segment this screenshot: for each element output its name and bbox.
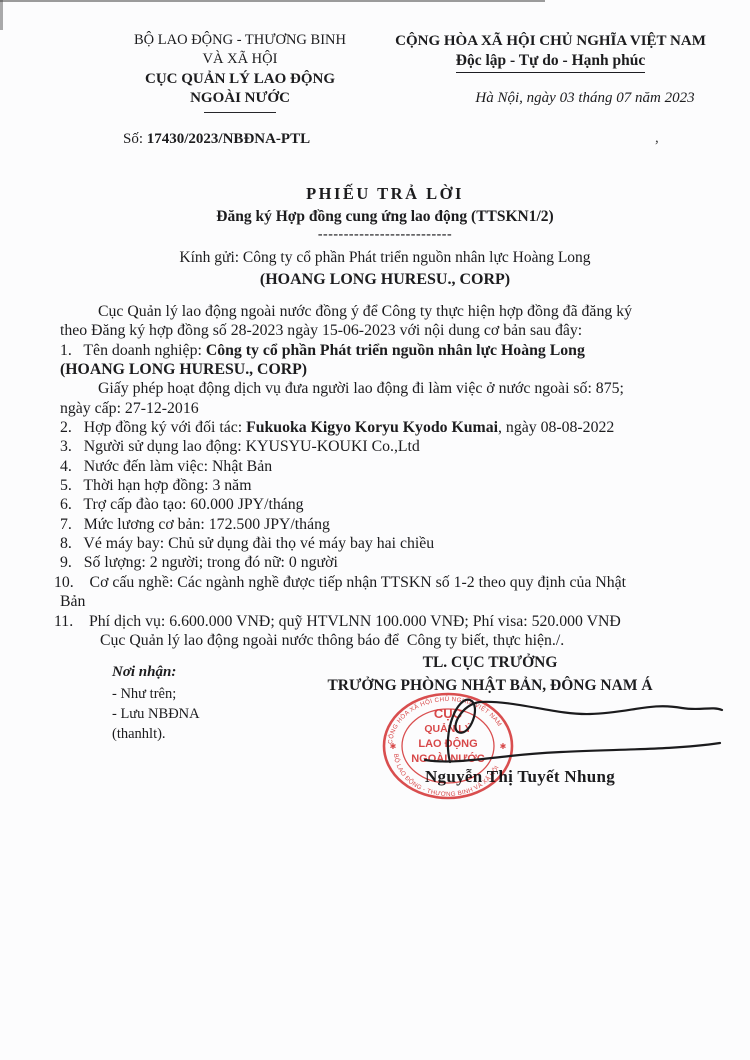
reference-number-value: 17430/2023/NBĐNA-PTL xyxy=(147,131,310,147)
document-body: Cục Quản lý lao động ngoài nước đồng ý đ… xyxy=(60,302,732,650)
stamp-star-left: ✱ xyxy=(390,742,397,751)
agency-underline xyxy=(204,112,276,113)
body-text: 1. Tên doanh nghiệp: xyxy=(60,342,206,359)
body-text: 11. Phí dịch vụ: 6.600.000 VNĐ; quỹ HTVL… xyxy=(54,613,621,630)
reference-number-label: Số: xyxy=(123,131,147,147)
signing-authority-line1: TL. CỤC TRƯỞNG xyxy=(290,652,690,675)
document-page: , BỘ LAO ĐỘNG - THƯƠNG BINH VÀ XÃ HỘI CỤ… xyxy=(0,0,750,1060)
recipients-note-block: Nơi nhận: - Như trên; - Lưu NBĐNA (thanh… xyxy=(112,660,200,744)
body-text: ngày cấp: 27-12-2016 xyxy=(60,400,199,417)
body-line: 6. Trợ cấp đào tạo: 60.000 JPY/tháng xyxy=(60,495,732,514)
body-line: 8. Vé máy bay: Chủ sử dụng đài thọ vé má… xyxy=(60,534,732,553)
ministry-name-line2: VÀ XÃ HỘI xyxy=(95,50,385,69)
recipients-note-item: - Lưu NBĐNA xyxy=(112,704,200,724)
body-line: 4. Nước đến làm việc: Nhật Bản xyxy=(60,457,732,476)
recipients-note-label: Nơi nhận: xyxy=(112,660,200,684)
body-line: Giấy phép hoạt động dịch vụ đưa người la… xyxy=(60,379,732,398)
body-text: 4. Nước đến làm việc: Nhật Bản xyxy=(60,458,272,475)
issuing-agency-block: BỘ LAO ĐỘNG - THƯƠNG BINH VÀ XÃ HỘI CỤC … xyxy=(95,31,385,108)
reference-number-line: Số: 17430/2023/NBĐNA-PTL xyxy=(123,131,310,148)
body-line: 7. Mức lương cơ bản: 172.500 JPY/tháng xyxy=(60,515,732,534)
body-line: 10. Cơ cấu nghề: Các ngành nghề được tiế… xyxy=(54,573,732,592)
body-text-bold: Công ty cổ phần Phát triển nguồn nhân lự… xyxy=(206,342,585,359)
body-line: 5. Thời hạn hợp đồng: 3 năm xyxy=(60,476,732,495)
stamp-star-right: ✱ xyxy=(500,742,507,751)
body-line: Bản xyxy=(60,592,732,611)
stamp-and-signature: CỤC QUẢN LÝ LAO ĐỘNG NGOÀI NƯỚC CỘNG HÒA… xyxy=(330,680,750,810)
body-text: 8. Vé máy bay: Chủ sử dụng đài thọ vé má… xyxy=(60,535,434,552)
ministry-name-line1: BỘ LAO ĐỘNG - THƯƠNG BINH xyxy=(95,31,385,50)
body-text: 5. Thời hạn hợp đồng: 3 năm xyxy=(60,477,251,494)
body-text: Giấy phép hoạt động dịch vụ đưa người la… xyxy=(98,380,624,397)
place-and-date: Hà Nội, ngày 03 tháng 07 năm 2023 xyxy=(435,90,735,107)
body-line: 2. Hợp đồng ký với đối tác: Fukuoka Kigy… xyxy=(60,418,732,437)
agency-name-line2: NGOÀI NƯỚC xyxy=(95,89,385,108)
body-line: Cục Quản lý lao động ngoài nước thông bá… xyxy=(60,631,732,650)
body-text: Cục Quản lý lao động ngoài nước đồng ý đ… xyxy=(98,303,632,320)
national-motto-line1: CỘNG HÒA XÃ HỘI CHỦ NGHĨA VIỆT NAM xyxy=(378,31,723,51)
body-text: 3. Người sử dụng lao động: KYUSYU-KOUKI … xyxy=(60,438,420,455)
body-line: theo Đăng ký hợp đồng số 28-2023 ngày 15… xyxy=(60,321,732,340)
body-text: Bản xyxy=(60,593,85,610)
body-line: (HOANG LONG HURESU., CORP) xyxy=(60,360,732,379)
body-line: ngày cấp: 27-12-2016 xyxy=(60,399,732,418)
scan-speck-mark: , xyxy=(655,130,659,147)
body-text-bold: Fukuoka Kigyo Koryu Kyodo Kumai xyxy=(246,419,498,436)
body-text-bold: (HOANG LONG HURESU., CORP) xyxy=(60,361,307,378)
national-motto-line2: Độc lập - Tự do - Hạnh phúc xyxy=(456,51,645,73)
body-text: , ngày 08-08-2022 xyxy=(498,419,614,436)
scan-corner-artifact xyxy=(0,0,3,30)
agency-name-line1: CỤC QUẢN LÝ LAO ĐỘNG xyxy=(95,70,385,89)
recipients-note-item: (thanhlt). xyxy=(112,724,200,744)
body-text: 6. Trợ cấp đào tạo: 60.000 JPY/tháng xyxy=(60,496,304,513)
document-subtitle: Đăng ký Hợp đồng cung ứng lao động (TTSK… xyxy=(30,208,740,226)
recipient-line: Kính gửi: Công ty cổ phần Phát triển ngu… xyxy=(30,249,740,267)
body-line: 11. Phí dịch vụ: 6.600.000 VNĐ; quỹ HTVL… xyxy=(54,612,732,631)
body-text: 2. Hợp đồng ký với đối tác: xyxy=(60,419,246,436)
recipient-company-en: (HOANG LONG HURESU., CORP) xyxy=(30,271,740,289)
title-block: PHIẾU TRẢ LỜI Đăng ký Hợp đồng cung ứng … xyxy=(30,184,740,289)
body-line: 3. Người sử dụng lao động: KYUSYU-KOUKI … xyxy=(60,437,732,456)
body-text: 9. Số lượng: 2 người; trong đó nữ: 0 ngư… xyxy=(60,554,338,571)
national-header-block: CỘNG HÒA XÃ HỘI CHỦ NGHĨA VIỆT NAM Độc l… xyxy=(378,31,723,73)
body-text: theo Đăng ký hợp đồng số 28-2023 ngày 15… xyxy=(60,322,582,339)
body-line: 1. Tên doanh nghiệp: Công ty cổ phần Phá… xyxy=(60,341,732,360)
body-text: Cục Quản lý lao động ngoài nước thông bá… xyxy=(100,632,564,649)
body-line: 9. Số lượng: 2 người; trong đó nữ: 0 ngư… xyxy=(60,553,732,572)
body-text: 10. Cơ cấu nghề: Các ngành nghề được tiế… xyxy=(54,574,626,591)
body-text: 7. Mức lương cơ bản: 172.500 JPY/tháng xyxy=(60,516,330,533)
document-title: PHIẾU TRẢ LỜI xyxy=(30,184,740,204)
body-line: Cục Quản lý lao động ngoài nước đồng ý đ… xyxy=(60,302,732,321)
scan-edge-artifact xyxy=(0,0,545,2)
title-divider: -------------------------- xyxy=(30,230,740,240)
recipients-note-item: - Như trên; xyxy=(112,684,200,704)
